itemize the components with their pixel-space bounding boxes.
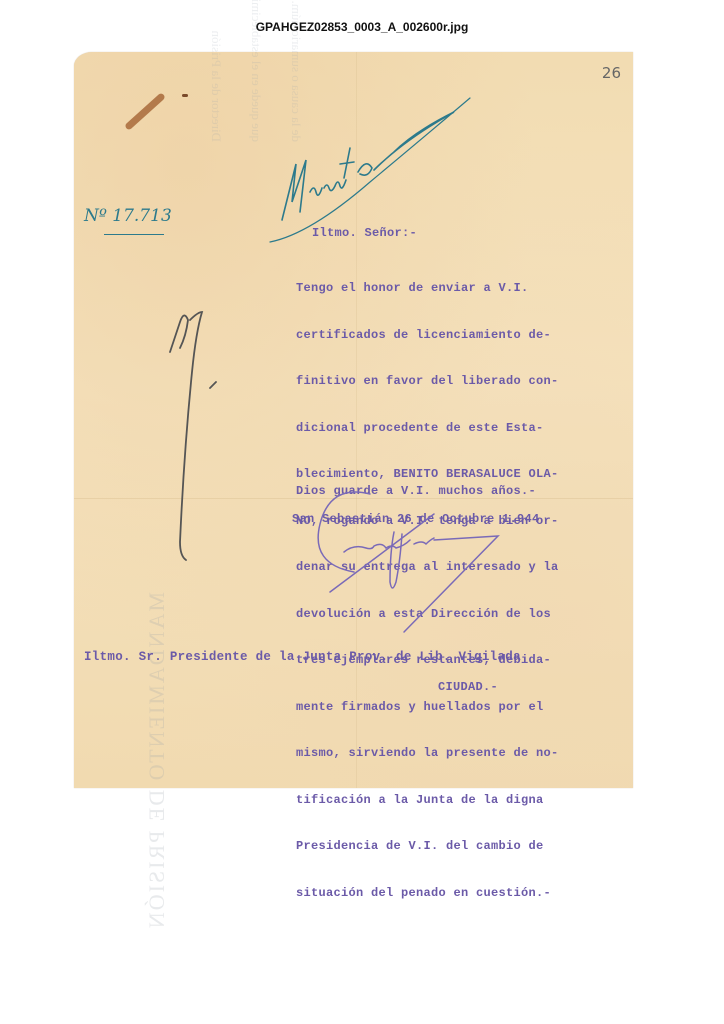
filename-header: GPAHGEZ02853_0003_A_002600r.jpg	[0, 20, 724, 34]
handwriting-layer	[74, 52, 633, 788]
body-line: situación del penado en cuestión.-	[296, 886, 559, 902]
signature	[318, 492, 498, 632]
scanned-letter: MANDAMIENTO DE PRISIÓN Director de la Pr…	[74, 52, 633, 788]
body-line: Presidencia de V.I. del cambio de	[296, 839, 559, 855]
minuta-annotation	[270, 98, 470, 242]
margin-pencil-mark	[170, 312, 216, 560]
body-line: tificación a la Junta de la digna	[296, 793, 559, 809]
